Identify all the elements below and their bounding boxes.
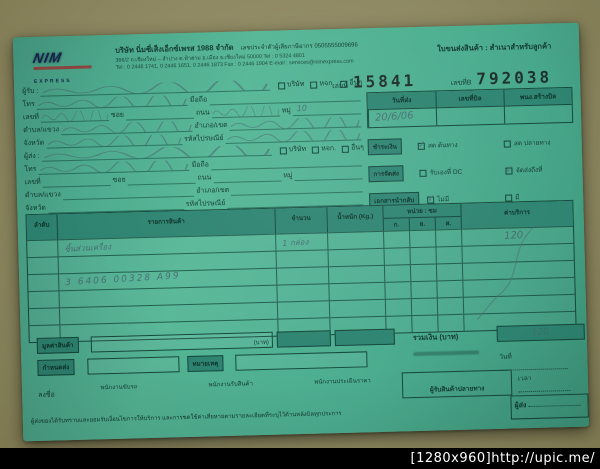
logo-red-bar xyxy=(34,65,92,70)
soi-label: ซอย xyxy=(111,110,124,121)
col-seq: ลำดับ xyxy=(26,214,57,240)
district-label: อำเภอ/เขต xyxy=(194,120,227,132)
recipient-road-field xyxy=(212,107,280,119)
type-other-label: อื่นๆ xyxy=(351,142,364,153)
dark-box-1 xyxy=(277,330,331,347)
item-1-charge: 120 xyxy=(503,230,523,242)
col-qty: จำนวน xyxy=(274,207,327,233)
province-label: จังหวัด xyxy=(23,138,44,150)
phone-label: โทร xyxy=(22,99,34,110)
col-charge: ค่าบริการ xyxy=(460,201,573,229)
doc-no-label: เลขที่B xyxy=(451,77,472,89)
bill-staff-header: พนง.สร้างบิล xyxy=(503,88,571,106)
type-partnership-label: หจก. xyxy=(319,78,334,89)
addr-no-label: เลขที่ xyxy=(23,112,39,123)
mobile-label: มือถือ xyxy=(190,94,208,105)
item-1-qty: 1 กล่อง xyxy=(282,235,309,250)
unit-w: ก. xyxy=(384,218,409,231)
subdistrict-label: ตำบล/แขวง xyxy=(25,189,61,201)
sender-moo-field xyxy=(294,169,362,181)
signature-estimator: พนักงานประเมินราคา xyxy=(291,375,393,388)
driver-role-label: พนักงานขับรถ xyxy=(101,384,138,391)
recipient-company-checkbox xyxy=(278,82,285,89)
total-label: รวมเงิน (บาท) xyxy=(413,331,459,344)
note-label: หมายเหตุ xyxy=(187,355,223,372)
destination-receiver-label: ผู้รับสินค้าปลายทาง xyxy=(430,383,485,394)
delivery-label: การจัดส่ง xyxy=(368,165,404,182)
cash-origin-label: สด ต้นทาง xyxy=(428,140,458,151)
signature-lines: พนักงานขับรถ พนักงานรับสินค้า พนักงานประ… xyxy=(68,374,402,393)
delivery-row: การจัดส่ง รับเองที่ DC จัดส่งถึงที่ xyxy=(368,161,574,182)
sender-sign-label: ผู้ส่ง xyxy=(515,402,527,409)
payment-option-destination: สด ปลายทาง xyxy=(504,137,551,148)
bill-staff-cell xyxy=(504,104,572,124)
company-name: บริษัท นิ่มซี่เส็งเอ็กซ์เพรส 1988 จำกัด xyxy=(115,43,234,55)
sender-soi-field xyxy=(128,174,196,186)
road-label: ถนน xyxy=(197,172,211,183)
door-delivery-label: จัดส่งถึงที่ xyxy=(516,165,543,176)
delivery-option-dc: รับเองที่ DC xyxy=(420,166,506,178)
door-delivery-checkbox xyxy=(506,167,513,174)
soi-label: ซอย xyxy=(112,175,125,186)
recipient-moo-value: 10 xyxy=(297,104,308,114)
recipient-addr-no-field xyxy=(41,111,109,123)
ship-date-cell: 20/6/06 xyxy=(368,107,436,127)
dark-box-2 xyxy=(335,329,395,347)
bill-no-header: เลขที่บิล xyxy=(435,90,503,108)
shipment-panel: วันที่ส่ง เลขที่บิล พนง.สร้างบิล 20/6/06… xyxy=(366,87,575,209)
sender-sign-box: ผู้ส่ง xyxy=(510,394,589,420)
mobile-label: มือถือ xyxy=(192,159,210,170)
time-label: เวลา xyxy=(518,375,532,382)
postcode-label: รหัสไปรษณีย์ xyxy=(184,133,224,145)
goods-value-field: (บาท) xyxy=(91,332,273,353)
payment-option-origin: สด ต้นทาง xyxy=(418,139,504,151)
payment-label: ชำระเงิน xyxy=(368,138,403,155)
moo-label: หมู่ xyxy=(282,105,292,116)
province-label: จังหวัด xyxy=(25,203,46,215)
destination-receiver-box: ผู้รับสินค้าปลายทาง xyxy=(402,370,513,399)
ship-date-table: วันที่ส่ง เลขที่บิล พนง.สร้างบิล 20/6/06 xyxy=(366,87,573,128)
type-partnership-label: หจก. xyxy=(321,143,336,154)
signature-driver: พนักงานขับรถ xyxy=(68,380,170,393)
item-1-desc: ชิ้นส่วนเครื่อง xyxy=(64,240,112,256)
moo-label: หมู่ xyxy=(283,170,293,181)
pickup-dc-checkbox xyxy=(420,169,427,176)
sender-addr-no-field xyxy=(43,176,111,188)
goods-value-label: มูลค่าสินค้า xyxy=(37,337,79,354)
sender-road-field xyxy=(213,171,281,183)
items-table: ลำดับ รายการสินค้า จำนวน น้ำหนัก (Kg.) ห… xyxy=(25,200,576,343)
due-date-label: กำหนดส่ง xyxy=(37,359,74,376)
recipient-label: ผู้รับ : xyxy=(22,86,38,97)
sender-other-checkbox xyxy=(342,146,349,153)
date-label: วันที่ xyxy=(499,354,512,361)
docs-yes-checkbox xyxy=(505,194,512,201)
terms-text: ผู้ส่งของได้รับทราบและยอมรับเงื่อนไขการใ… xyxy=(31,404,503,426)
nim-express-logo: NIM EXPRESS xyxy=(19,42,112,84)
sender-sign-field xyxy=(528,397,580,407)
recipient-soi-field xyxy=(126,109,194,121)
road-label: ถนน xyxy=(196,107,210,118)
logo-text: NIM xyxy=(32,48,113,66)
col-weight: น้ำหนัก (Kg.) xyxy=(326,206,383,232)
watermark-bar: [1280x960]http://upic.me/ xyxy=(0,448,600,469)
pickup-dc-label: รับเองที่ DC xyxy=(430,167,463,178)
small-print xyxy=(413,350,479,356)
district-label: อำเภอ/เขต xyxy=(196,185,229,197)
delivery-option-door: จัดส่งถึงที่ xyxy=(506,165,543,176)
recipient-partnership-checkbox xyxy=(310,82,317,89)
address-fields: ผู้รับ : บริษัท หจก. อื่นๆ โทร มือถือ เล… xyxy=(22,75,365,214)
unit-l: ย. xyxy=(409,217,435,230)
type-company-label: บริษัท xyxy=(287,79,305,90)
shipping-form: NIM EXPRESS บริษัท นิ่มซี่เส็งเอ็กซ์เพรส… xyxy=(13,23,589,442)
item-3-code: 3 6406 00328 A99 xyxy=(65,271,181,288)
sender-partnership-checkbox xyxy=(312,146,319,153)
totals-section: มูลค่าสินค้า (บาท) รวมเงิน (บาท) 120 กำห… xyxy=(29,324,581,438)
phone-label: โทร xyxy=(24,164,36,175)
estimator-role-label: พนักงานประเมินราคา xyxy=(314,378,371,385)
ship-date-value: 20/6/06 xyxy=(375,110,414,123)
sender-company-checkbox xyxy=(280,147,287,154)
total-value: 120 xyxy=(531,327,549,338)
cash-destination-label: สด ปลายทาง xyxy=(514,137,551,148)
subdistrict-label: ตำบล/แขวง xyxy=(23,124,59,136)
cash-origin-checkbox xyxy=(418,142,425,149)
total-box: 120 xyxy=(497,324,585,342)
payment-row: ชำระเงิน สด ต้นทาง สด ปลายทาง xyxy=(368,134,574,155)
due-date-field xyxy=(87,356,179,374)
addr-no-label: เลขที่ xyxy=(24,177,40,188)
recipient-moo-field: 10 xyxy=(293,104,361,116)
col-unit: หน่วย : ซม ก. ย. ส. xyxy=(382,204,461,231)
signature-receiver-staff: พนักงานรับสินค้า xyxy=(180,378,282,391)
sign-label: ลงชื่อ xyxy=(38,390,55,401)
type-company-label: บริษัท xyxy=(289,144,307,155)
bill-no-cell xyxy=(436,106,504,126)
docs-none-checkbox xyxy=(427,196,434,203)
recipient-other-checkbox xyxy=(340,81,347,88)
baht-label: (บาท) xyxy=(254,337,269,347)
photo-scene: NIM EXPRESS บริษัท นิ่มซี่เส็งเอ็กซ์เพรส… xyxy=(0,0,600,469)
receiver-staff-role-label: พนักงานรับสินค้า xyxy=(209,381,253,388)
type-other-label: อื่นๆ xyxy=(349,77,362,88)
ship-date-header: วันที่ส่ง xyxy=(367,91,435,109)
doc-no-value: 792038 xyxy=(476,67,574,89)
watermark-text: [1280x960]http://upic.me/ xyxy=(411,451,595,466)
time-field xyxy=(518,382,570,392)
time-line: เวลา xyxy=(518,372,581,395)
unit-h: ส. xyxy=(435,217,461,230)
sender-label: ผู้ส่ง : xyxy=(24,151,40,162)
cash-destination-checkbox xyxy=(504,140,511,147)
note-field xyxy=(235,351,367,370)
book-no-value: 15841 xyxy=(353,70,451,92)
